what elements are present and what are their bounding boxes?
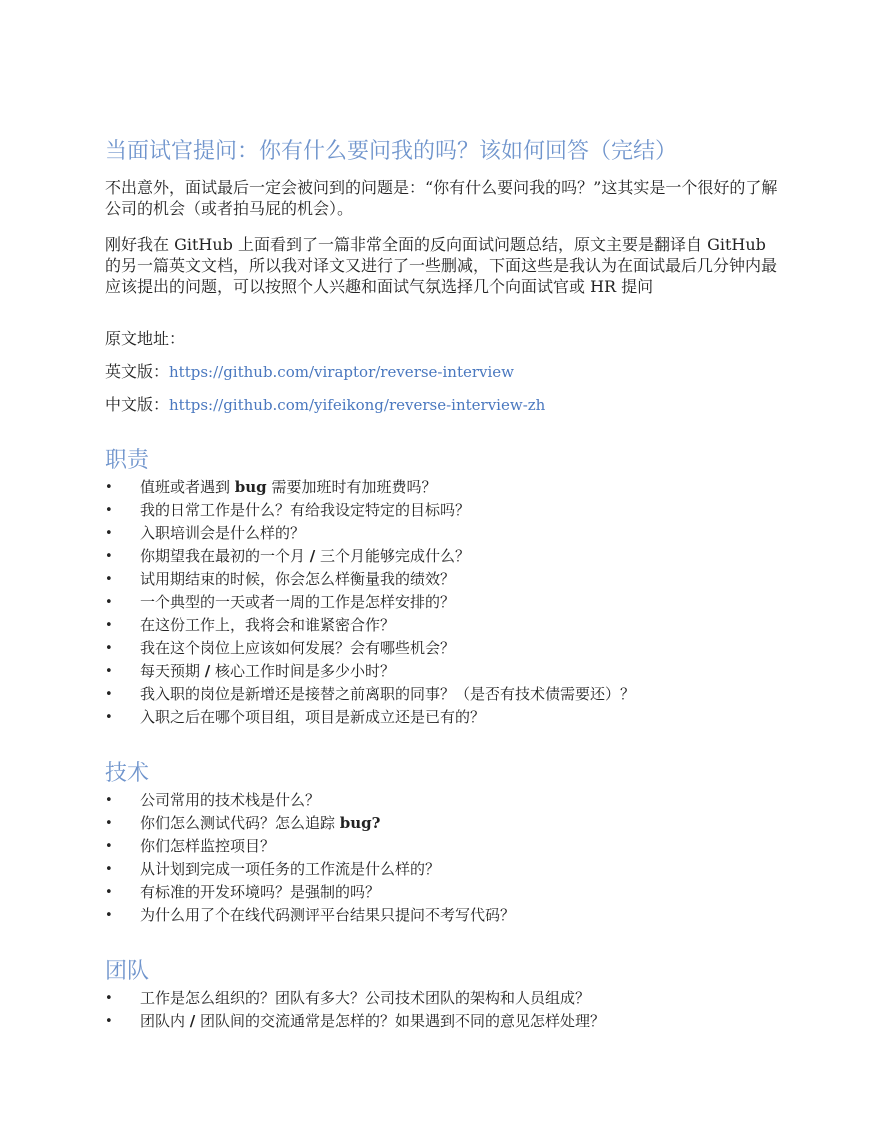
list-item-text: 团队内 xyxy=(140,1012,190,1030)
list-item-text: 从计划到完成一项任务的工作流是什么样的？ xyxy=(140,860,440,878)
list-item: •在这份工作上，我将会和谁紧密合作？ xyxy=(105,614,805,637)
intro-paragraph-1: 不出意外，面试最后一定会被问到的问题是：“你有什么要问我的吗？”这其实是一个很好… xyxy=(105,177,785,219)
bullet-icon: • xyxy=(105,568,115,591)
bullet-icon: • xyxy=(105,835,115,858)
bullet-icon: • xyxy=(105,683,115,706)
english-version-link[interactable]: https://github.com/viraptor/reverse-inte… xyxy=(169,363,514,381)
list-item: •工作是怎么组织的？团队有多大？公司技术团队的架构和人员组成？ xyxy=(105,987,805,1010)
bullet-icon: • xyxy=(105,858,115,881)
list-item: •入职之后在哪个项目组，项目是新成立还是已有的？ xyxy=(105,706,805,729)
technology-list: •公司常用的技术栈是什么？•你们怎么测试代码？怎么追踪 bug?•你们怎样监控项… xyxy=(105,789,805,927)
list-item-bold-text: bug xyxy=(235,478,267,496)
list-item-text: 公司常用的技术栈是什么？ xyxy=(140,791,320,809)
responsibilities-list: •值班或者遇到 bug 需要加班时有加班费吗？•我的日常工作是什么？有给我设定特… xyxy=(105,476,805,729)
list-item-text: 在这份工作上，我将会和谁紧密合作？ xyxy=(140,616,395,634)
list-item-text: 你们怎样监控项目？ xyxy=(140,837,275,855)
list-item-text-tail: 核心工作时间是多少小时？ xyxy=(210,662,395,680)
english-version-label: 英文版： xyxy=(105,362,169,381)
list-item-text: 试用期结束的时候，你会怎么样衡量我的绩效？ xyxy=(140,570,455,588)
bullet-icon: • xyxy=(105,545,115,568)
list-item: •我的日常工作是什么？有给我设定特定的目标吗？ xyxy=(105,499,805,522)
list-item-text-tail: 需要加班时有加班费吗？ xyxy=(267,478,437,496)
bullet-icon: • xyxy=(105,789,115,812)
bullet-icon: • xyxy=(105,987,115,1010)
bullet-icon: • xyxy=(105,614,115,637)
list-item: •团队内 / 团队间的交流通常是怎样的？如果遇到不同的意见怎样处理？ xyxy=(105,1010,805,1033)
list-item: •为什么用了个在线代码测评平台结果只提问不考写代码？ xyxy=(105,904,805,927)
list-item: •从计划到完成一项任务的工作流是什么样的？ xyxy=(105,858,805,881)
list-item-text-tail: 团队间的交流通常是怎样的？如果遇到不同的意见怎样处理？ xyxy=(195,1012,605,1030)
list-item-text: 我入职的岗位是新增还是接替之前离职的同事？（是否有技术债需要还）？ xyxy=(140,685,635,703)
list-item: •我入职的岗位是新增还是接替之前离职的同事？（是否有技术债需要还）？ xyxy=(105,683,805,706)
intro-paragraph-2: 刚好我在 GitHub 上面看到了一篇非常全面的反向面试问题总结，原文主要是翻译… xyxy=(105,234,785,297)
list-item-text: 有标准的开发环境吗？是强制的吗？ xyxy=(140,883,380,901)
list-item-text: 入职培训会是什么样的？ xyxy=(140,524,305,542)
list-item: •有标准的开发环境吗？是强制的吗？ xyxy=(105,881,805,904)
list-item-text: 每天预期 xyxy=(140,662,205,680)
list-item: •你期望我在最初的一个月 / 三个月能够完成什么？ xyxy=(105,545,805,568)
chinese-version-label: 中文版： xyxy=(105,395,169,414)
list-item: •入职培训会是什么样的？ xyxy=(105,522,805,545)
bullet-icon: • xyxy=(105,476,115,499)
bullet-icon: • xyxy=(105,637,115,660)
list-item-text: 你期望我在最初的一个月 xyxy=(140,547,310,565)
source-label: 原文地址： xyxy=(105,328,785,349)
section-title-team: 团队 xyxy=(105,958,149,986)
bullet-icon: • xyxy=(105,812,115,835)
list-item: •一个典型的一天或者一周的工作是怎样安排的？ xyxy=(105,591,805,614)
section-title-responsibilities: 职责 xyxy=(105,447,149,475)
list-item-text: 我在这个岗位上应该如何发展？会有哪些机会？ xyxy=(140,639,455,657)
list-item-text: 值班或者遇到 xyxy=(140,478,235,496)
list-item-text: 我的日常工作是什么？有给我设定特定的目标吗？ xyxy=(140,501,470,519)
bullet-icon: • xyxy=(105,706,115,729)
page-title: 当面试官提问：你有什么要问我的吗？该如何回答（完结） xyxy=(105,137,677,167)
list-item: •值班或者遇到 bug 需要加班时有加班费吗？ xyxy=(105,476,805,499)
bullet-icon: • xyxy=(105,1010,115,1033)
list-item-text: 你们怎么测试代码？怎么追踪 xyxy=(140,814,340,832)
section-title-technology: 技术 xyxy=(105,760,149,788)
list-item-text: 为什么用了个在线代码测评平台结果只提问不考写代码？ xyxy=(140,906,515,924)
list-item-text: 一个典型的一天或者一周的工作是怎样安排的？ xyxy=(140,593,455,611)
bullet-icon: • xyxy=(105,499,115,522)
list-item: •公司常用的技术栈是什么？ xyxy=(105,789,805,812)
bullet-icon: • xyxy=(105,881,115,904)
bullet-icon: • xyxy=(105,660,115,683)
list-item: •我在这个岗位上应该如何发展？会有哪些机会？ xyxy=(105,637,805,660)
list-item-text: 入职之后在哪个项目组，项目是新成立还是已有的？ xyxy=(140,708,485,726)
english-version-line: 英文版：https://github.com/viraptor/reverse-… xyxy=(105,361,785,383)
chinese-version-link[interactable]: https://github.com/yifeikong/reverse-int… xyxy=(169,396,545,414)
list-item: •试用期结束的时候，你会怎么样衡量我的绩效？ xyxy=(105,568,805,591)
list-item: •你们怎样监控项目？ xyxy=(105,835,805,858)
bullet-icon: • xyxy=(105,904,115,927)
team-list: •工作是怎么组织的？团队有多大？公司技术团队的架构和人员组成？•团队内 / 团队… xyxy=(105,987,805,1033)
bullet-icon: • xyxy=(105,522,115,545)
list-item-text: 工作是怎么组织的？团队有多大？公司技术团队的架构和人员组成？ xyxy=(140,989,590,1007)
list-item-bold-text: bug? xyxy=(340,814,381,832)
list-item: •每天预期 / 核心工作时间是多少小时？ xyxy=(105,660,805,683)
chinese-version-line: 中文版：https://github.com/yifeikong/reverse… xyxy=(105,394,785,416)
bullet-icon: • xyxy=(105,591,115,614)
list-item: •你们怎么测试代码？怎么追踪 bug? xyxy=(105,812,805,835)
list-item-text-tail: 三个月能够完成什么？ xyxy=(315,547,470,565)
